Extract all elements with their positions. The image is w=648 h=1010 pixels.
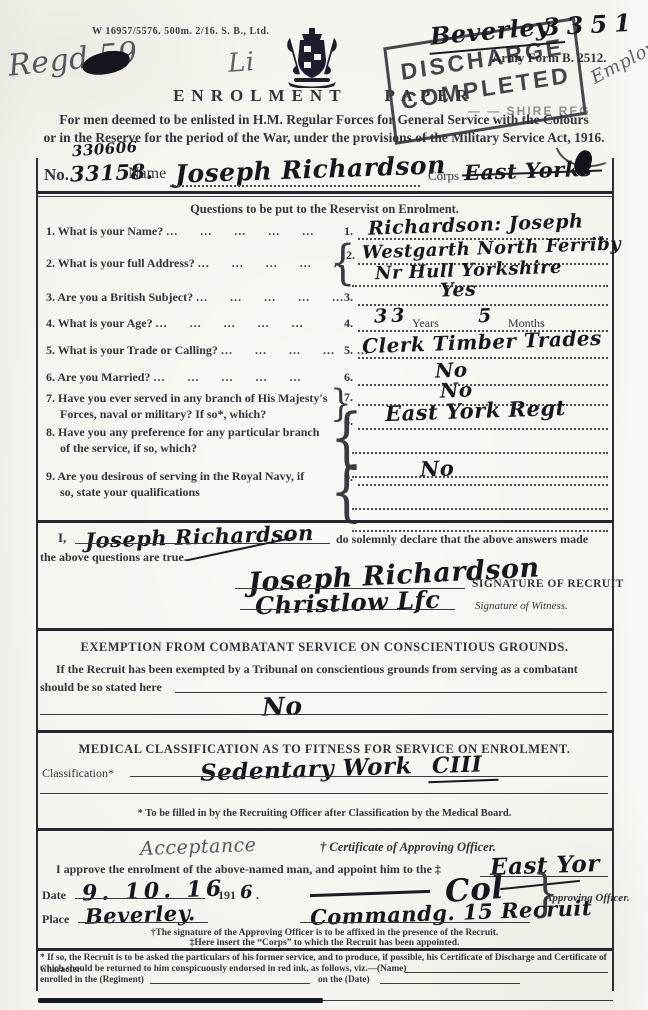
footer-note-line3b: on the (Date)	[318, 975, 370, 985]
answer-2-num: 2.	[346, 248, 355, 263]
certificate-heading: † Certificate of Approving Officer.	[320, 840, 496, 855]
answer-4-age: 33	[374, 304, 409, 327]
q1-no: 1.	[46, 224, 55, 238]
q4-no: 4.	[46, 316, 55, 330]
certificate-strike	[310, 890, 430, 897]
rule-above-medical	[36, 730, 613, 733]
answer-9-line	[358, 464, 608, 486]
question-4-label: 4. What is your Age? ... ... ... ... ...	[46, 316, 304, 331]
q4-text: What is your Age?	[58, 316, 153, 330]
classification-fill-line	[130, 762, 608, 777]
page-title: ENROLMENT PAPER	[24, 86, 624, 106]
answer-6-line	[358, 364, 608, 386]
q1-dots: ... ... ... ... ...	[166, 224, 314, 238]
footer-note-line2: which should be returned to him conspicu…	[40, 964, 406, 974]
answer-9-line2	[352, 488, 608, 510]
name-label: Name	[128, 165, 166, 183]
handwritten-initials: Li	[227, 47, 256, 79]
q5-text: What is your Trade or Calling?	[58, 343, 218, 357]
footer-regiment-blank	[150, 974, 310, 984]
name-fill-line	[170, 165, 420, 187]
footer-note-line3a: enrolled in the (Regiment)	[40, 975, 144, 985]
rule-above-certificate	[36, 828, 613, 831]
question-5-label: 5. What is your Trade or Calling? ... ..…	[46, 343, 369, 358]
rule-above-footer	[36, 948, 613, 951]
rule-below-name-2	[36, 196, 613, 197]
q8-text1: Have you any preference for any particul…	[58, 425, 319, 439]
medical-footnote: * To be filled in by the Recruiting Offi…	[36, 808, 613, 819]
q1-text: What is your Name?	[58, 224, 163, 238]
royal-coat-of-arms-icon	[284, 26, 340, 93]
answer-4-months: 5	[478, 305, 492, 327]
place-fill-line	[78, 908, 208, 923]
q3-text: Are you a British Subject?	[57, 290, 193, 304]
q2-no: 2.	[46, 256, 55, 270]
form-border-left	[36, 158, 38, 991]
years-label: Years	[412, 316, 439, 331]
year-handwritten: 6	[240, 882, 254, 903]
question-2-label: 2. What is your full Address? ... ... ..…	[46, 256, 346, 271]
declaration-i-label: I,	[58, 530, 66, 546]
question-6-label: 6. Are you Married? ... ... ... ... ...	[46, 370, 301, 385]
footer-date-blank	[380, 974, 520, 984]
q3-no: 3.	[46, 290, 55, 304]
answer-4-num: 4.	[344, 316, 353, 331]
intro-line1: For men deemed to be enlisted in H.M. Re…	[24, 112, 624, 128]
question-8-label: 8. Have you any preference for any parti…	[46, 424, 319, 456]
q2-dots: ... ... ... ... ...	[198, 256, 346, 270]
print-reference: W 16957/5576. 500m. 2/16. S. B., Ltd.	[92, 26, 270, 37]
exemption-body1: If the Recruit has been exempted by a Tr…	[56, 662, 578, 677]
classification-label: Classification*	[42, 766, 114, 781]
answer-9-num: 9.	[344, 470, 353, 485]
enrolment-paper-scan: W 16957/5576. 500m. 2/16. S. B., Ltd. Re…	[0, 0, 648, 1010]
q9-no: 9.	[46, 469, 55, 483]
recruit-signature-label: SIGNATURE OF RECRUIT	[472, 578, 624, 590]
q2-text: What is your full Address?	[58, 256, 195, 270]
handwritten-serial: 330606	[71, 138, 138, 161]
bottom-ink-bar	[38, 998, 323, 1003]
q9-text2: so, state your qualifications	[46, 485, 200, 499]
declaration-text2: the above questions are true.	[40, 550, 187, 565]
date-label: Date	[42, 888, 66, 903]
q9-text1: Are you desirous of serving in the Royal…	[57, 469, 304, 483]
declaration-text1: do solemnly declare that the above answe…	[336, 532, 588, 547]
footer-name-blank	[405, 963, 608, 973]
date-fill-line	[75, 884, 205, 899]
answer-5-num: 5.	[344, 343, 353, 358]
year-period: .	[256, 888, 259, 903]
q7-text2: Forces, naval or military? If so*, which…	[46, 407, 266, 421]
certificate-footnote2: ‡Here insert the “Corps” to which the Re…	[36, 938, 613, 948]
exemption-heading: EXEMPTION FROM COMBATANT SERVICE ON CONS…	[36, 640, 613, 655]
answer-8-line2	[352, 432, 608, 454]
q7-no: 7.	[46, 391, 55, 405]
corps-label: Corps	[428, 168, 459, 184]
question-3-label: 3. Are you a British Subject? ... ... ..…	[46, 290, 344, 305]
q4-dots: ... ... ... ... ...	[156, 316, 304, 330]
exemption-body2: should be so stated here	[40, 680, 162, 695]
question-9-label: 9. Are you desirous of serving in the Ro…	[46, 468, 304, 500]
commanding-fill-line	[300, 912, 530, 923]
exemption-fill-line2	[40, 700, 608, 715]
year-printed: 191	[218, 888, 236, 903]
q8-text2: of the service, if so, which?	[46, 441, 197, 455]
q6-dots: ... ... ... ... ...	[153, 370, 301, 384]
q6-no: 6.	[46, 370, 55, 384]
witness-signature-line	[240, 593, 455, 610]
rule-above-declaration	[36, 520, 613, 523]
q5-no: 5.	[46, 343, 55, 357]
q3-dots: ... ... ... ... ...	[196, 290, 344, 304]
medical-extra-line	[40, 792, 608, 794]
question-7-label: 7. Have you ever served in any branch of…	[46, 390, 327, 422]
rule-below-name	[36, 191, 613, 194]
question-1-label: 1. What is your Name? ... ... ... ... ..…	[46, 224, 314, 239]
no-label: No.	[44, 165, 69, 185]
answer-3-num: 3.	[344, 290, 353, 305]
answer-3-value: Yes	[440, 278, 477, 301]
q6-text: Are you Married?	[57, 370, 150, 384]
bottom-thin-line	[323, 1000, 613, 1001]
exemption-fill-line1	[175, 678, 607, 693]
certificate-footnote1: †The signature of the Approving Officer …	[36, 928, 613, 938]
form-border-right	[612, 158, 614, 991]
answer-9-value: No	[420, 455, 455, 481]
declaration-name-line	[75, 527, 330, 544]
certificate-body: I approve the enrolment of the above-nam…	[56, 862, 441, 877]
place-label: Place	[42, 912, 69, 927]
q7-text1: Have you ever served in any branch of Hi…	[58, 391, 327, 405]
answer-3-line	[358, 284, 608, 306]
witness-signature-label: Signature of Witness.	[475, 600, 568, 612]
rule-above-exemption	[36, 628, 613, 631]
q8-no: 8.	[46, 425, 55, 439]
handwritten-acceptance: Acceptance	[140, 834, 257, 860]
